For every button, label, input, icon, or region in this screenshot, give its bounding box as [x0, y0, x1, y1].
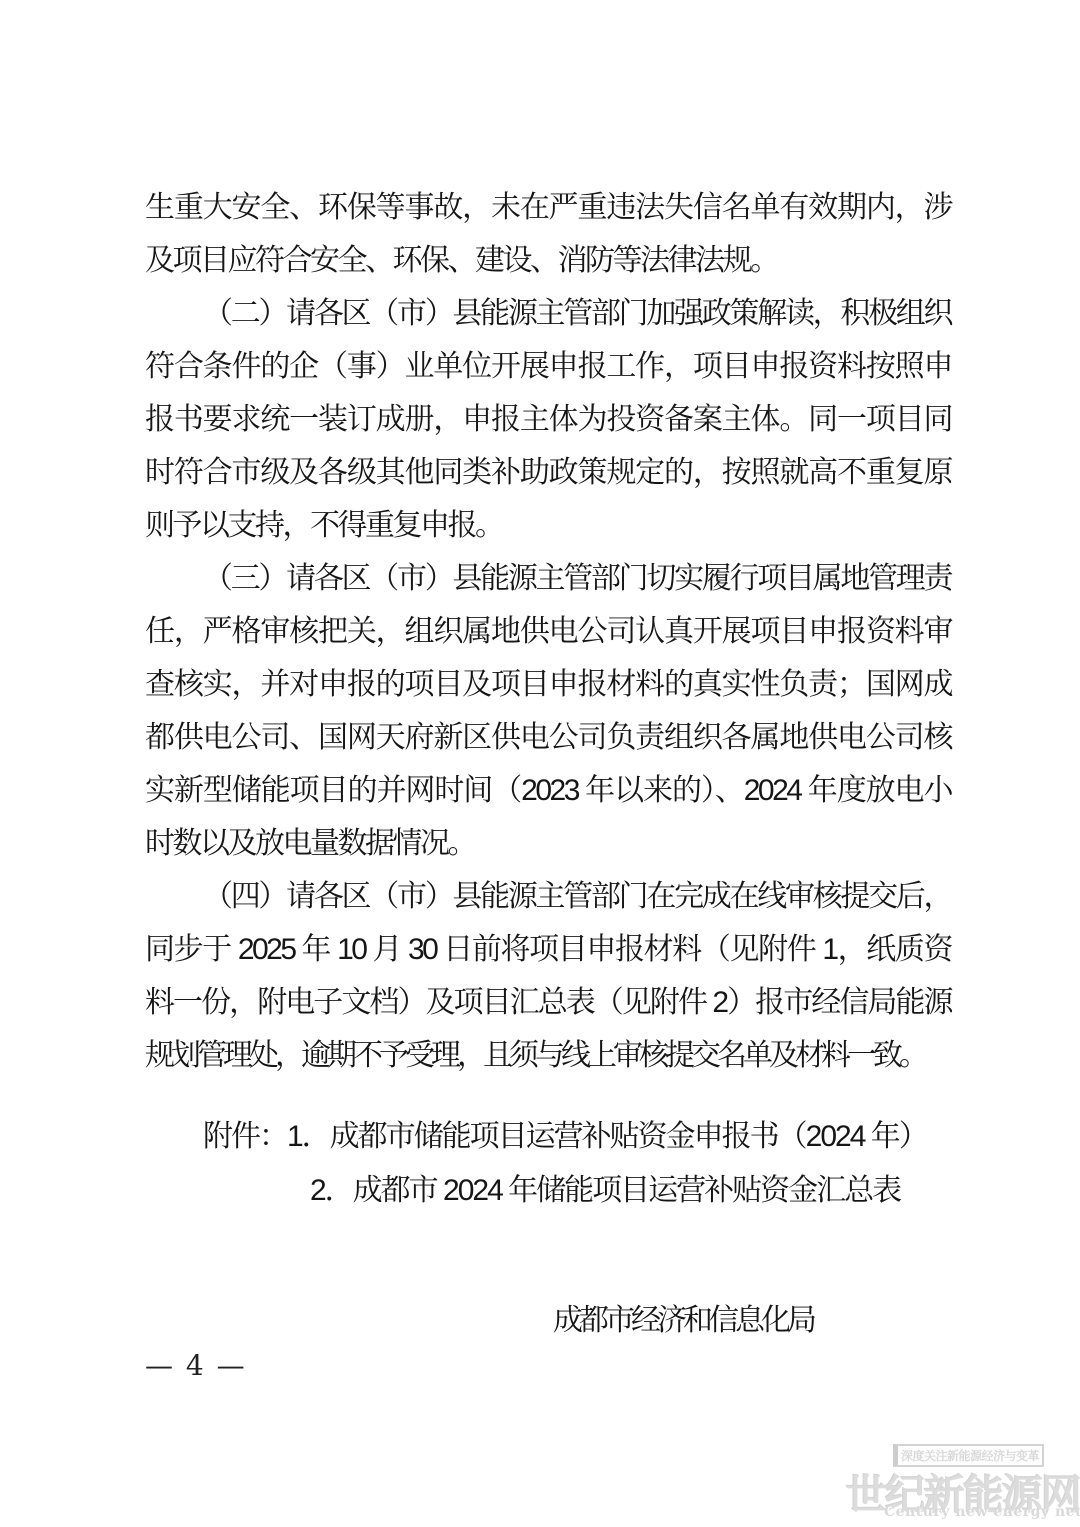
page-number: — 4 — — [145, 1346, 247, 1386]
attachment-line: 2．成都市 2024 年储能项目运营补贴资金汇总表 — [145, 1164, 951, 1218]
document-line: 都供电公司、国网天府新区供电公司负责组织各属地供电公司核 — [145, 711, 951, 764]
attachment-line: 附件：1．成都市储能项目运营补贴资金申报书（2024 年） — [145, 1110, 951, 1164]
document-line: 实新型储能项目的并网时间（2023 年以来的）、2024 年度放电小 — [145, 764, 951, 817]
document-line: 料一份，附电子文档）及项目汇总表（见附件 2）报市经信局能源 — [145, 976, 951, 1029]
document-line: （二）请各区（市）县能源主管部门加强政策解读，积极组织 — [145, 287, 951, 340]
watermark-subtitle: Century new energy network — [884, 1504, 1080, 1520]
document-line: 报书要求统一装订成册，申报主体为投资备案主体。同一项目同 — [145, 393, 951, 446]
document-page: 生重大安全、环保等事故，未在严重违法失信名单有效期内，涉 及项目应符合安全、环保… — [0, 0, 1080, 1527]
document-line: 生重大安全、环保等事故，未在严重违法失信名单有效期内，涉 — [145, 181, 951, 234]
attachment-list: 附件：1．成都市储能项目运营补贴资金申报书（2024 年） 2．成都市 2024… — [145, 1110, 951, 1218]
document-line: 及项目应符合安全、环保、建设、消防等法律法规。 — [145, 234, 951, 287]
document-line: 时符合市级及各级其他同类补助政策规定的，按照就高不重复原 — [145, 446, 951, 499]
document-line: 时数以及放电量数据情况。 — [145, 817, 951, 870]
document-line: 符合条件的企（事）业单位开展申报工作，项目申报资料按照申 — [145, 340, 951, 393]
issuing-authority-signature: 成都市经济和信息化局 — [553, 1294, 813, 1347]
document-line: （四）请各区（市）县能源主管部门在完成在线审核提交后， — [145, 870, 951, 923]
document-body: 生重大安全、环保等事故，未在严重违法失信名单有效期内，涉 及项目应符合安全、环保… — [145, 181, 951, 1082]
document-line: 任，严格审核把关，组织属地供电公司认真开展项目申报资料审 — [145, 605, 951, 658]
document-line: 同步于 2025 年 10 月 30 日前将项目申报材料（见附件 1，纸质资 — [145, 923, 951, 976]
document-line: 查核实，并对申报的项目及项目申报材料的真实性负责；国网成 — [145, 658, 951, 711]
document-line: （三）请各区（市）县能源主管部门切实履行项目属地管理责 — [145, 552, 951, 605]
document-line: 则予以支持，不得重复申报。 — [145, 499, 951, 552]
document-line: 规划管理处，逾期不予受理，且须与线上审核提交名单及材料一致。 — [145, 1029, 951, 1082]
